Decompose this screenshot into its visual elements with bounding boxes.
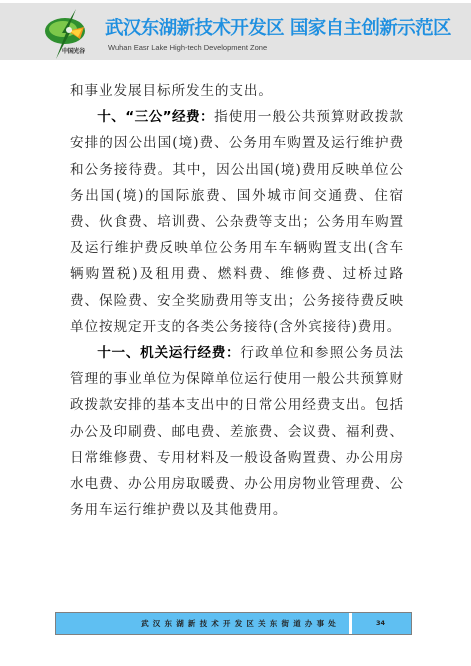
footer-organization: 武汉东湖新技术开发区关东街道办事处 [56,613,350,634]
page-number: 34 [352,613,409,634]
header-subtitle: Wuhan Easr Lake High-tech Development Zo… [108,43,267,52]
section-body: 行政单位和参照公务员法管理的事业单位为保障单位运行使用一般公共预算财政拨款安排的… [70,345,404,518]
section-heading: 十、“三公”经费： [97,109,214,125]
section-three-public-expenses: 十、“三公”经费：指使用一般公共预算财政拨款安排的因公出国(境)费、公务用车购置… [70,104,404,340]
header-title: 武汉东湖新技术开发区 国家自主创新示范区 [105,14,451,40]
page-footer: 武汉东湖新技术开发区关东街道办事处 34 [55,612,412,635]
section-body: 指使用一般公共预算财政拨款安排的因公出国(境)费、公务用车购置及运行维护费和公务… [70,109,404,335]
page-header: 中国光谷 武汉东湖新技术开发区 国家自主创新示范区 Wuhan Easr Lak… [0,3,471,60]
section-agency-operating-expenses: 十一、机关运行经费：行政单位和参照公务员法管理的事业单位为保障单位运行使用一般公… [70,340,404,523]
continuation-paragraph: 和事业发展目标所发生的支出。 [70,78,404,104]
section-heading: 十一、机关运行经费： [97,345,240,361]
logo-caption: 中国光谷 [62,46,85,55]
document-body: 和事业发展目标所发生的支出。 十、“三公”经费：指使用一般公共预算财政拨款安排的… [70,78,404,523]
